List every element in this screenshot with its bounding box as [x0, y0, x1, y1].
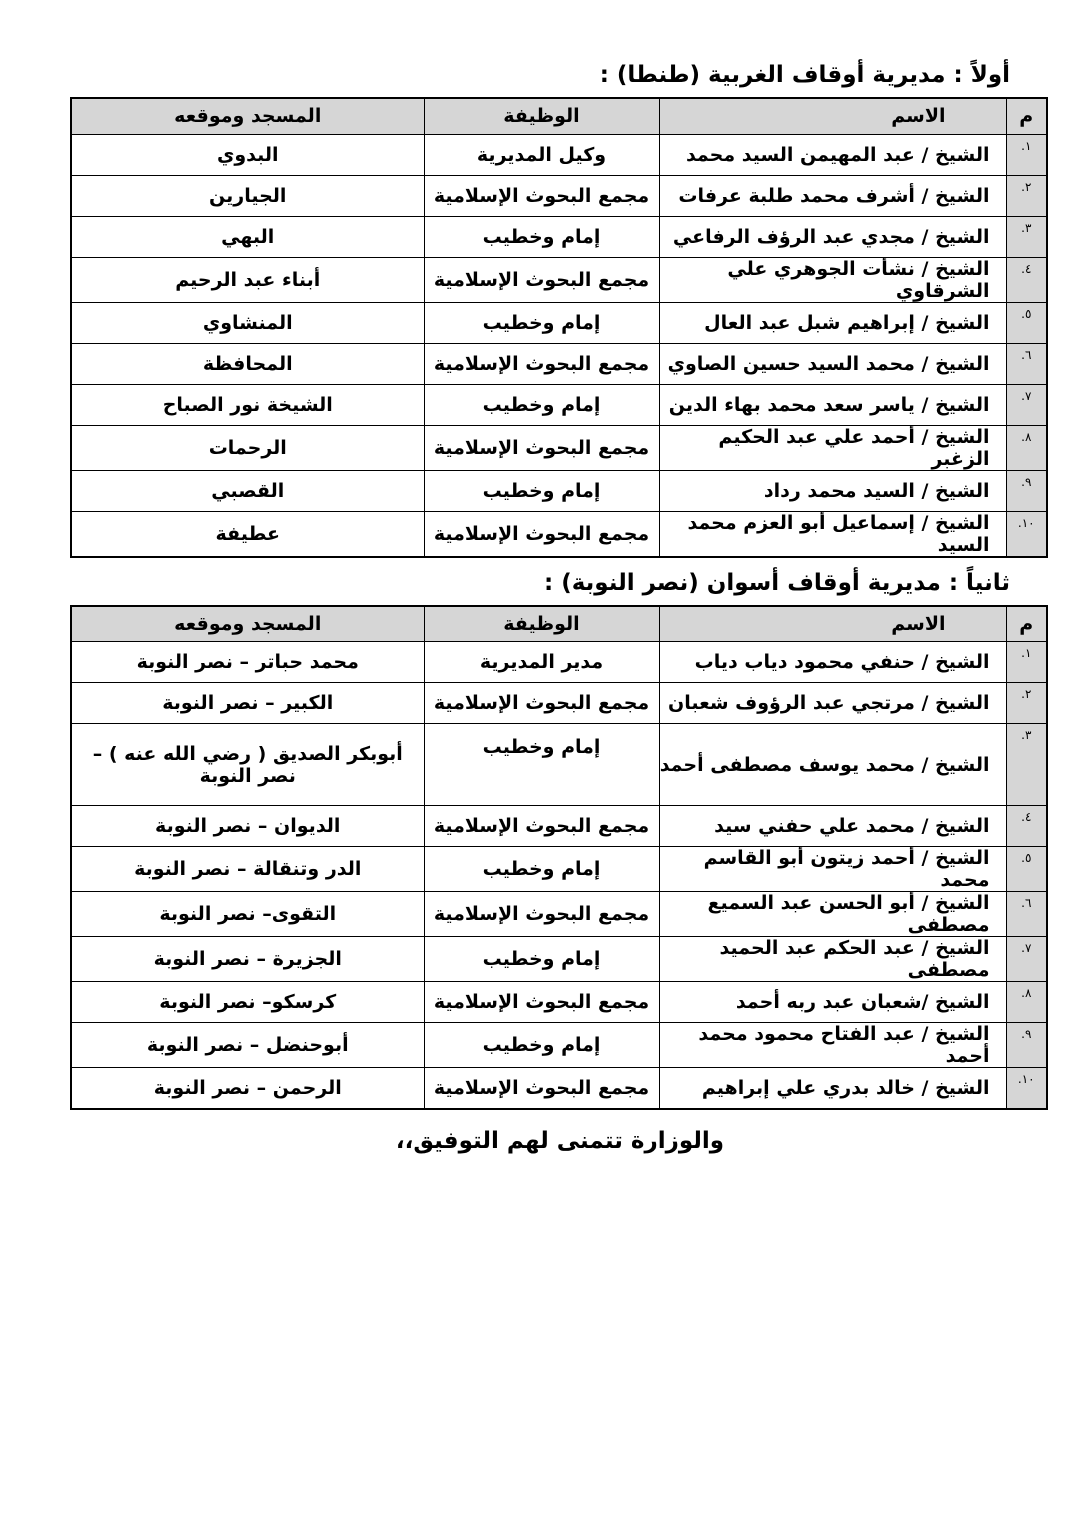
cell-job: إمام وخطيب — [424, 470, 659, 511]
cell-num: ٤. — [1006, 806, 1047, 847]
cell-mosque: الجزيرة – نصر النوبة — [71, 937, 424, 982]
cell-mosque: البدوي — [71, 134, 424, 175]
cell-name: الشيخ / عبد الحكم عبد الحميد مصطفى — [659, 937, 1006, 982]
cell-name: الشيخ / أشرف محمد طلبة عرفات — [659, 175, 1006, 216]
cell-name: الشيخ / خالد بدري علي إبراهيم — [659, 1068, 1006, 1109]
cell-num: ٦. — [1006, 892, 1047, 937]
table-row: ٢.الشيخ / أشرف محمد طلبة عرفاتمجمع البحو… — [71, 175, 1047, 216]
section-aswan: ثانياً : مديرية أوقاف أسوان (نصر النوبة)… — [72, 570, 1048, 1110]
cell-mosque: المنشاوي — [71, 302, 424, 343]
cell-name: الشيخ / محمد السيد حسين الصاوي — [659, 343, 1006, 384]
cell-name: الشيخ / محمد يوسف مصطفى أحمد — [659, 724, 1006, 806]
cell-name: الشيخ / مرتجي عبد الرؤوف شعبان — [659, 683, 1006, 724]
table-row: ٧.الشيخ / عبد الحكم عبد الحميد مصطفىإمام… — [71, 937, 1047, 982]
cell-job: مدير المديرية — [424, 642, 659, 683]
cell-num: ٣. — [1006, 216, 1047, 257]
table-row: ٤.الشيخ / نشأت الجوهري علي الشرقاويمجمع … — [71, 257, 1047, 302]
cell-job: مجمع البحوث الإسلامية — [424, 175, 659, 216]
cell-name: الشيخ / عبد الفتاح محمود محمد أحمد — [659, 1023, 1006, 1068]
cell-mosque: الكبير – نصر النوبة — [71, 683, 424, 724]
header-job: الوظيفة — [424, 98, 659, 134]
cell-num: ٧. — [1006, 384, 1047, 425]
cell-mosque: المحافظة — [71, 343, 424, 384]
cell-num: ٨. — [1006, 425, 1047, 470]
cell-mosque: الجيارين — [71, 175, 424, 216]
cell-job: إمام وخطيب — [424, 384, 659, 425]
table-row: ٩.الشيخ / السيد محمد ردادإمام وخطيبالقصب… — [71, 470, 1047, 511]
cell-num: ٥. — [1006, 302, 1047, 343]
cell-mosque: الدر وتنقالة – نصر النوبة — [71, 847, 424, 892]
header-number: م — [1006, 606, 1047, 642]
cell-mosque: محمد حباتر – نصر النوبة — [71, 642, 424, 683]
header-mosque: المسجد وموقعه — [71, 606, 424, 642]
cell-num: ٦. — [1006, 343, 1047, 384]
cell-job: مجمع البحوث الإسلامية — [424, 806, 659, 847]
cell-job: إمام وخطيب — [424, 216, 659, 257]
section-aswan-title: ثانياً : مديرية أوقاف أسوان (نصر النوبة)… — [72, 570, 1048, 596]
cell-num: ٢. — [1006, 175, 1047, 216]
cell-mosque: الرحمن – نصر النوبة — [71, 1068, 424, 1109]
table-row: ١.الشيخ / عبد المهيمن السيد محمدوكيل الم… — [71, 134, 1047, 175]
cell-name: الشيخ / أحمد زيتون أبو القاسم محمد — [659, 847, 1006, 892]
aswan-roster-table: م الاسم الوظيفة المسجد وموقعه ١.الشيخ / … — [70, 605, 1048, 1110]
cell-num: ٧. — [1006, 937, 1047, 982]
cell-name: الشيخ / إبراهيم شبل عبد العال — [659, 302, 1006, 343]
cell-name: الشيخ / مجدي عبد الرؤف الرفاعي — [659, 216, 1006, 257]
section-gharbia-title: أولاً : مديرية أوقاف الغربية (طنطا) : — [72, 62, 1048, 88]
cell-job: إمام وخطيب — [424, 937, 659, 982]
header-mosque: المسجد وموقعه — [71, 98, 424, 134]
cell-job: مجمع البحوث الإسلامية — [424, 982, 659, 1023]
table-row: ٢.الشيخ / مرتجي عبد الرؤوف شعبانمجمع الب… — [71, 683, 1047, 724]
cell-job: مجمع البحوث الإسلامية — [424, 1068, 659, 1109]
cell-num: ٣. — [1006, 724, 1047, 806]
cell-mosque: الرحمات — [71, 425, 424, 470]
table-row: ٨.الشيخ / أحمد علي عبد الحكيم الزغبرمجمع… — [71, 425, 1047, 470]
cell-name: الشيخ / إسماعيل أبو العزم محمد السيد — [659, 511, 1006, 557]
table-row: ١٠.الشيخ / خالد بدري علي إبراهيممجمع الب… — [71, 1068, 1047, 1109]
cell-job: إمام وخطيب — [424, 302, 659, 343]
cell-mosque: القصبي — [71, 470, 424, 511]
table-row: ٥.الشيخ / إبراهيم شبل عبد العالإمام وخطي… — [71, 302, 1047, 343]
cell-job: مجمع البحوث الإسلامية — [424, 425, 659, 470]
cell-mosque: أبناء عبد الرحيم — [71, 257, 424, 302]
cell-num: ١٠. — [1006, 511, 1047, 557]
table-row: ٣.الشيخ / مجدي عبد الرؤف الرفاعيإمام وخط… — [71, 216, 1047, 257]
cell-mosque: الديوان – نصر النوبة — [71, 806, 424, 847]
header-number: م — [1006, 98, 1047, 134]
cell-name: الشيخ / حنفي محمود دياب دياب — [659, 642, 1006, 683]
closing-note: والوزارة تتمنى لهم التوفيق،، — [72, 1128, 1048, 1154]
cell-name: الشيخ / ياسر سعد محمد بهاء الدين — [659, 384, 1006, 425]
cell-job: مجمع البحوث الإسلامية — [424, 892, 659, 937]
cell-mosque: عطيفة — [71, 511, 424, 557]
header-name: الاسم — [659, 606, 1006, 642]
table-header-row: م الاسم الوظيفة المسجد وموقعه — [71, 606, 1047, 642]
table-row: ٦.الشيخ / محمد السيد حسين الصاويمجمع الب… — [71, 343, 1047, 384]
table-row: ٤.الشيخ / محمد علي حفني سيدمجمع البحوث ا… — [71, 806, 1047, 847]
table-header-row: م الاسم الوظيفة المسجد وموقعه — [71, 98, 1047, 134]
cell-name: الشيخ / محمد علي حفني سيد — [659, 806, 1006, 847]
cell-num: ٨. — [1006, 982, 1047, 1023]
cell-job: مجمع البحوث الإسلامية — [424, 683, 659, 724]
cell-name: الشيخ / عبد المهيمن السيد محمد — [659, 134, 1006, 175]
cell-num: ١٠. — [1006, 1068, 1047, 1109]
cell-name: الشيخ / السيد محمد رداد — [659, 470, 1006, 511]
cell-mosque: البهي — [71, 216, 424, 257]
table-row: ١٠.الشيخ / إسماعيل أبو العزم محمد السيدم… — [71, 511, 1047, 557]
cell-job: إمام وخطيب — [424, 847, 659, 892]
cell-mosque: أبوحنضل – نصر النوبة — [71, 1023, 424, 1068]
cell-name: الشيخ / نشأت الجوهري علي الشرقاوي — [659, 257, 1006, 302]
cell-job: وكيل المديرية — [424, 134, 659, 175]
cell-mosque: التقوى– نصر النوبة — [71, 892, 424, 937]
cell-num: ٢. — [1006, 683, 1047, 724]
cell-num: ٩. — [1006, 470, 1047, 511]
cell-job: إمام وخطيب — [424, 1023, 659, 1068]
cell-job: مجمع البحوث الإسلامية — [424, 511, 659, 557]
header-job: الوظيفة — [424, 606, 659, 642]
cell-mosque: كرسكو– نصر النوبة — [71, 982, 424, 1023]
cell-job: إمام وخطيب — [424, 724, 659, 806]
gharbia-roster-table: م الاسم الوظيفة المسجد وموقعه ١.الشيخ / … — [70, 97, 1048, 558]
header-name: الاسم — [659, 98, 1006, 134]
table-row: ٩.الشيخ / عبد الفتاح محمود محمد أحمدإمام… — [71, 1023, 1047, 1068]
table-row: ٧.الشيخ / ياسر سعد محمد بهاء الدينإمام و… — [71, 384, 1047, 425]
cell-mosque: أبوبكر الصديق ( رضي الله عنه ) – نصر الن… — [71, 724, 424, 806]
cell-num: ١. — [1006, 642, 1047, 683]
table-row: ٦.الشيخ / أبو الحسن عبد السميع مصطفىمجمع… — [71, 892, 1047, 937]
cell-job: مجمع البحوث الإسلامية — [424, 343, 659, 384]
cell-num: ٤. — [1006, 257, 1047, 302]
document-page: أولاً : مديرية أوقاف الغربية (طنطا) : م … — [0, 0, 1080, 1527]
cell-name: الشيخ /شعبان عبد ربه أحمد — [659, 982, 1006, 1023]
cell-num: ٥. — [1006, 847, 1047, 892]
table-row: ٣.الشيخ / محمد يوسف مصطفى أحمدإمام وخطيب… — [71, 724, 1047, 806]
table-row: ٥.الشيخ / أحمد زيتون أبو القاسم محمدإمام… — [71, 847, 1047, 892]
cell-num: ١. — [1006, 134, 1047, 175]
table-row: ٨.الشيخ /شعبان عبد ربه أحمدمجمع البحوث ا… — [71, 982, 1047, 1023]
cell-job: مجمع البحوث الإسلامية — [424, 257, 659, 302]
section-gharbia: أولاً : مديرية أوقاف الغربية (طنطا) : م … — [72, 62, 1048, 558]
cell-num: ٩. — [1006, 1023, 1047, 1068]
cell-name: الشيخ / أحمد علي عبد الحكيم الزغبر — [659, 425, 1006, 470]
table-row: ١.الشيخ / حنفي محمود دياب ديابمدير المدي… — [71, 642, 1047, 683]
cell-mosque: الشيخة نور الصباح — [71, 384, 424, 425]
document-content: أولاً : مديرية أوقاف الغربية (طنطا) : م … — [72, 62, 1048, 1154]
cell-name: الشيخ / أبو الحسن عبد السميع مصطفى — [659, 892, 1006, 937]
